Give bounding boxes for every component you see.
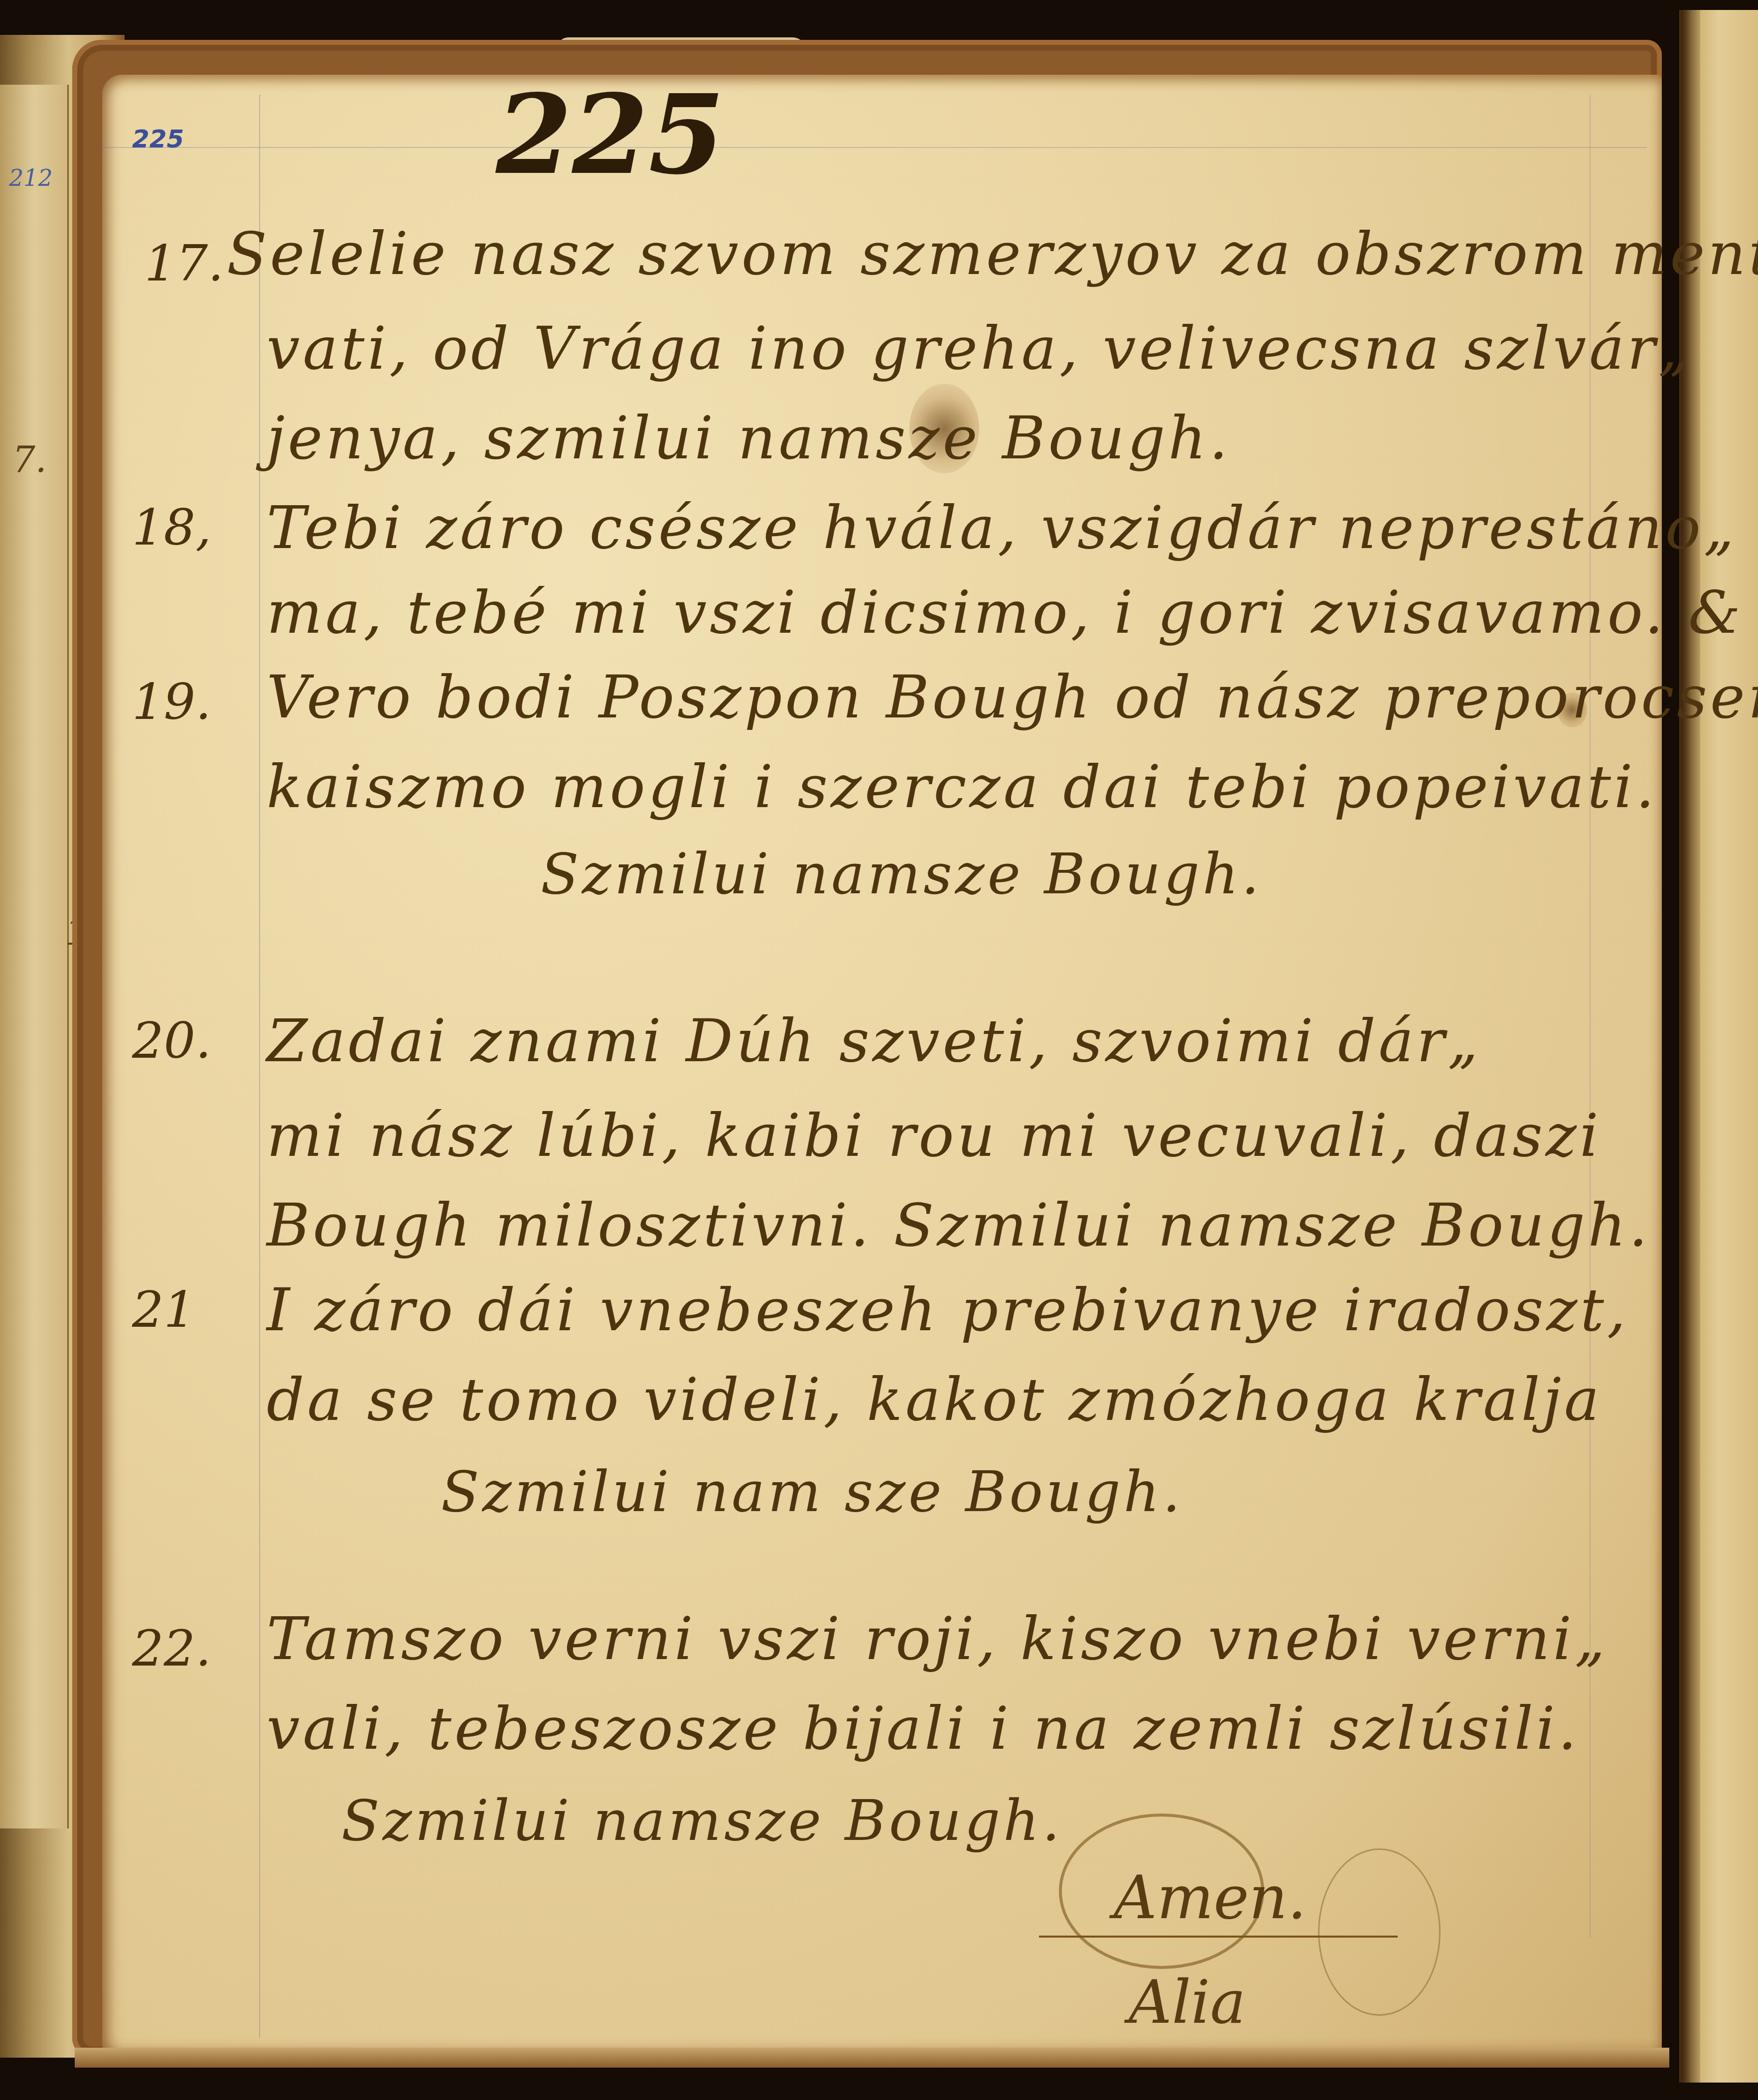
verse-number: 17. bbox=[145, 234, 224, 292]
margin-ruling-line bbox=[259, 95, 260, 2038]
folio-stamp: 225 bbox=[132, 125, 184, 153]
verse-line: vati, od Vrága ino greha, velivecsna szl… bbox=[267, 314, 1692, 383]
top-ruling-line bbox=[102, 147, 1647, 148]
verse-line: vali, tebeszosze bijali i na zemli szlús… bbox=[267, 1694, 1580, 1763]
verse-line: jenya, szmilui namsze Bough. bbox=[267, 404, 1231, 472]
manuscript-page: 225 225 17. Selelie nasz szvom szmerzyov… bbox=[102, 75, 1662, 2058]
verse-line: Vero bodi Poszpon Bough od nász preporoc… bbox=[267, 663, 1758, 731]
verse-number: 18, bbox=[132, 498, 211, 557]
folio-number: 225 bbox=[496, 70, 725, 199]
verse-number: 21 bbox=[132, 1280, 195, 1339]
manuscript-scene: 212 7. 1, 121 225 225 17. Selelie nasz s… bbox=[0, 0, 1758, 2100]
verse-number: 19. bbox=[132, 673, 211, 731]
previous-page-strip bbox=[0, 85, 69, 1828]
verse-line: mi nász lúbi, kaibi rou mi vecuvali, das… bbox=[267, 1101, 1602, 1170]
amen-flourish-loop bbox=[1318, 1848, 1441, 2016]
page-bottom-edge bbox=[75, 2048, 1669, 2068]
alia-text: Alia bbox=[1129, 1968, 1246, 2037]
prev-page-margin-number: 7. bbox=[12, 438, 47, 480]
verse-line: Selelie nasz szvom szmerzyov za obszrom … bbox=[227, 219, 1758, 288]
verse-line: Tebi záro csésze hvála, vszigdár neprest… bbox=[267, 493, 1737, 562]
verse-number: 22. bbox=[132, 1619, 211, 1678]
prev-page-blue-stamp: 212 bbox=[9, 164, 53, 191]
amen-text: Amen. bbox=[1114, 1863, 1307, 1933]
amen-underline bbox=[1039, 1936, 1398, 1938]
verse-line: da se tomo videli, kakot zmózhoga kralja bbox=[267, 1365, 1602, 1434]
verse-number: 20. bbox=[132, 1011, 211, 1070]
refrain-line: Szmilui namsze Bough. bbox=[541, 842, 1262, 907]
refrain-line: Szmilui namsze Bough. bbox=[341, 1789, 1063, 1853]
verse-line: I záro dái vnebeszeh prebivanye iradoszt… bbox=[267, 1275, 1628, 1344]
verse-line: ma, tebé mi vszi dicsimo, i gori zvisava… bbox=[267, 578, 1744, 647]
refrain-line: Szmilui nam sze Bough. bbox=[441, 1460, 1183, 1525]
verse-line: kaiszmo mogli i szercza dai tebi popeiva… bbox=[267, 752, 1657, 821]
verse-line: Bough milosztivni. Szmilui namsze Bough. bbox=[267, 1191, 1650, 1260]
verse-line: Zadai znami Dúh szveti, szvoimi dár„ bbox=[267, 1006, 1481, 1075]
verse-line: Tamszo verni vszi roji, kiszo vnebi vern… bbox=[267, 1604, 1608, 1673]
